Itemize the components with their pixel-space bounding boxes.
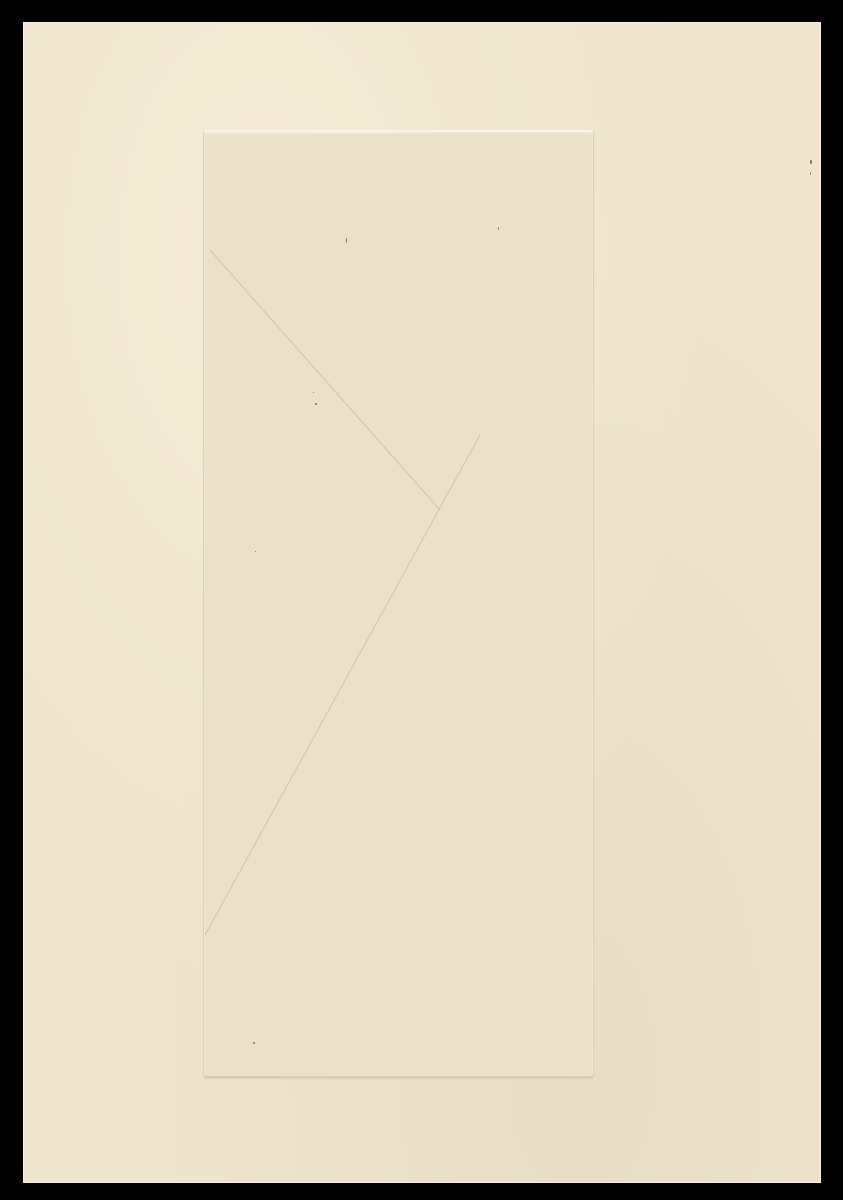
speck <box>313 392 314 393</box>
speck <box>810 160 812 164</box>
speck <box>498 227 499 230</box>
paper-sheet <box>23 22 821 1183</box>
incised-lines <box>23 22 821 1183</box>
diagonal-line-long <box>205 435 480 935</box>
speck <box>315 403 317 405</box>
speck <box>253 1042 255 1044</box>
speck <box>810 172 811 175</box>
speck <box>346 238 347 243</box>
diagonal-line-upper <box>210 250 440 510</box>
speck <box>255 551 256 552</box>
